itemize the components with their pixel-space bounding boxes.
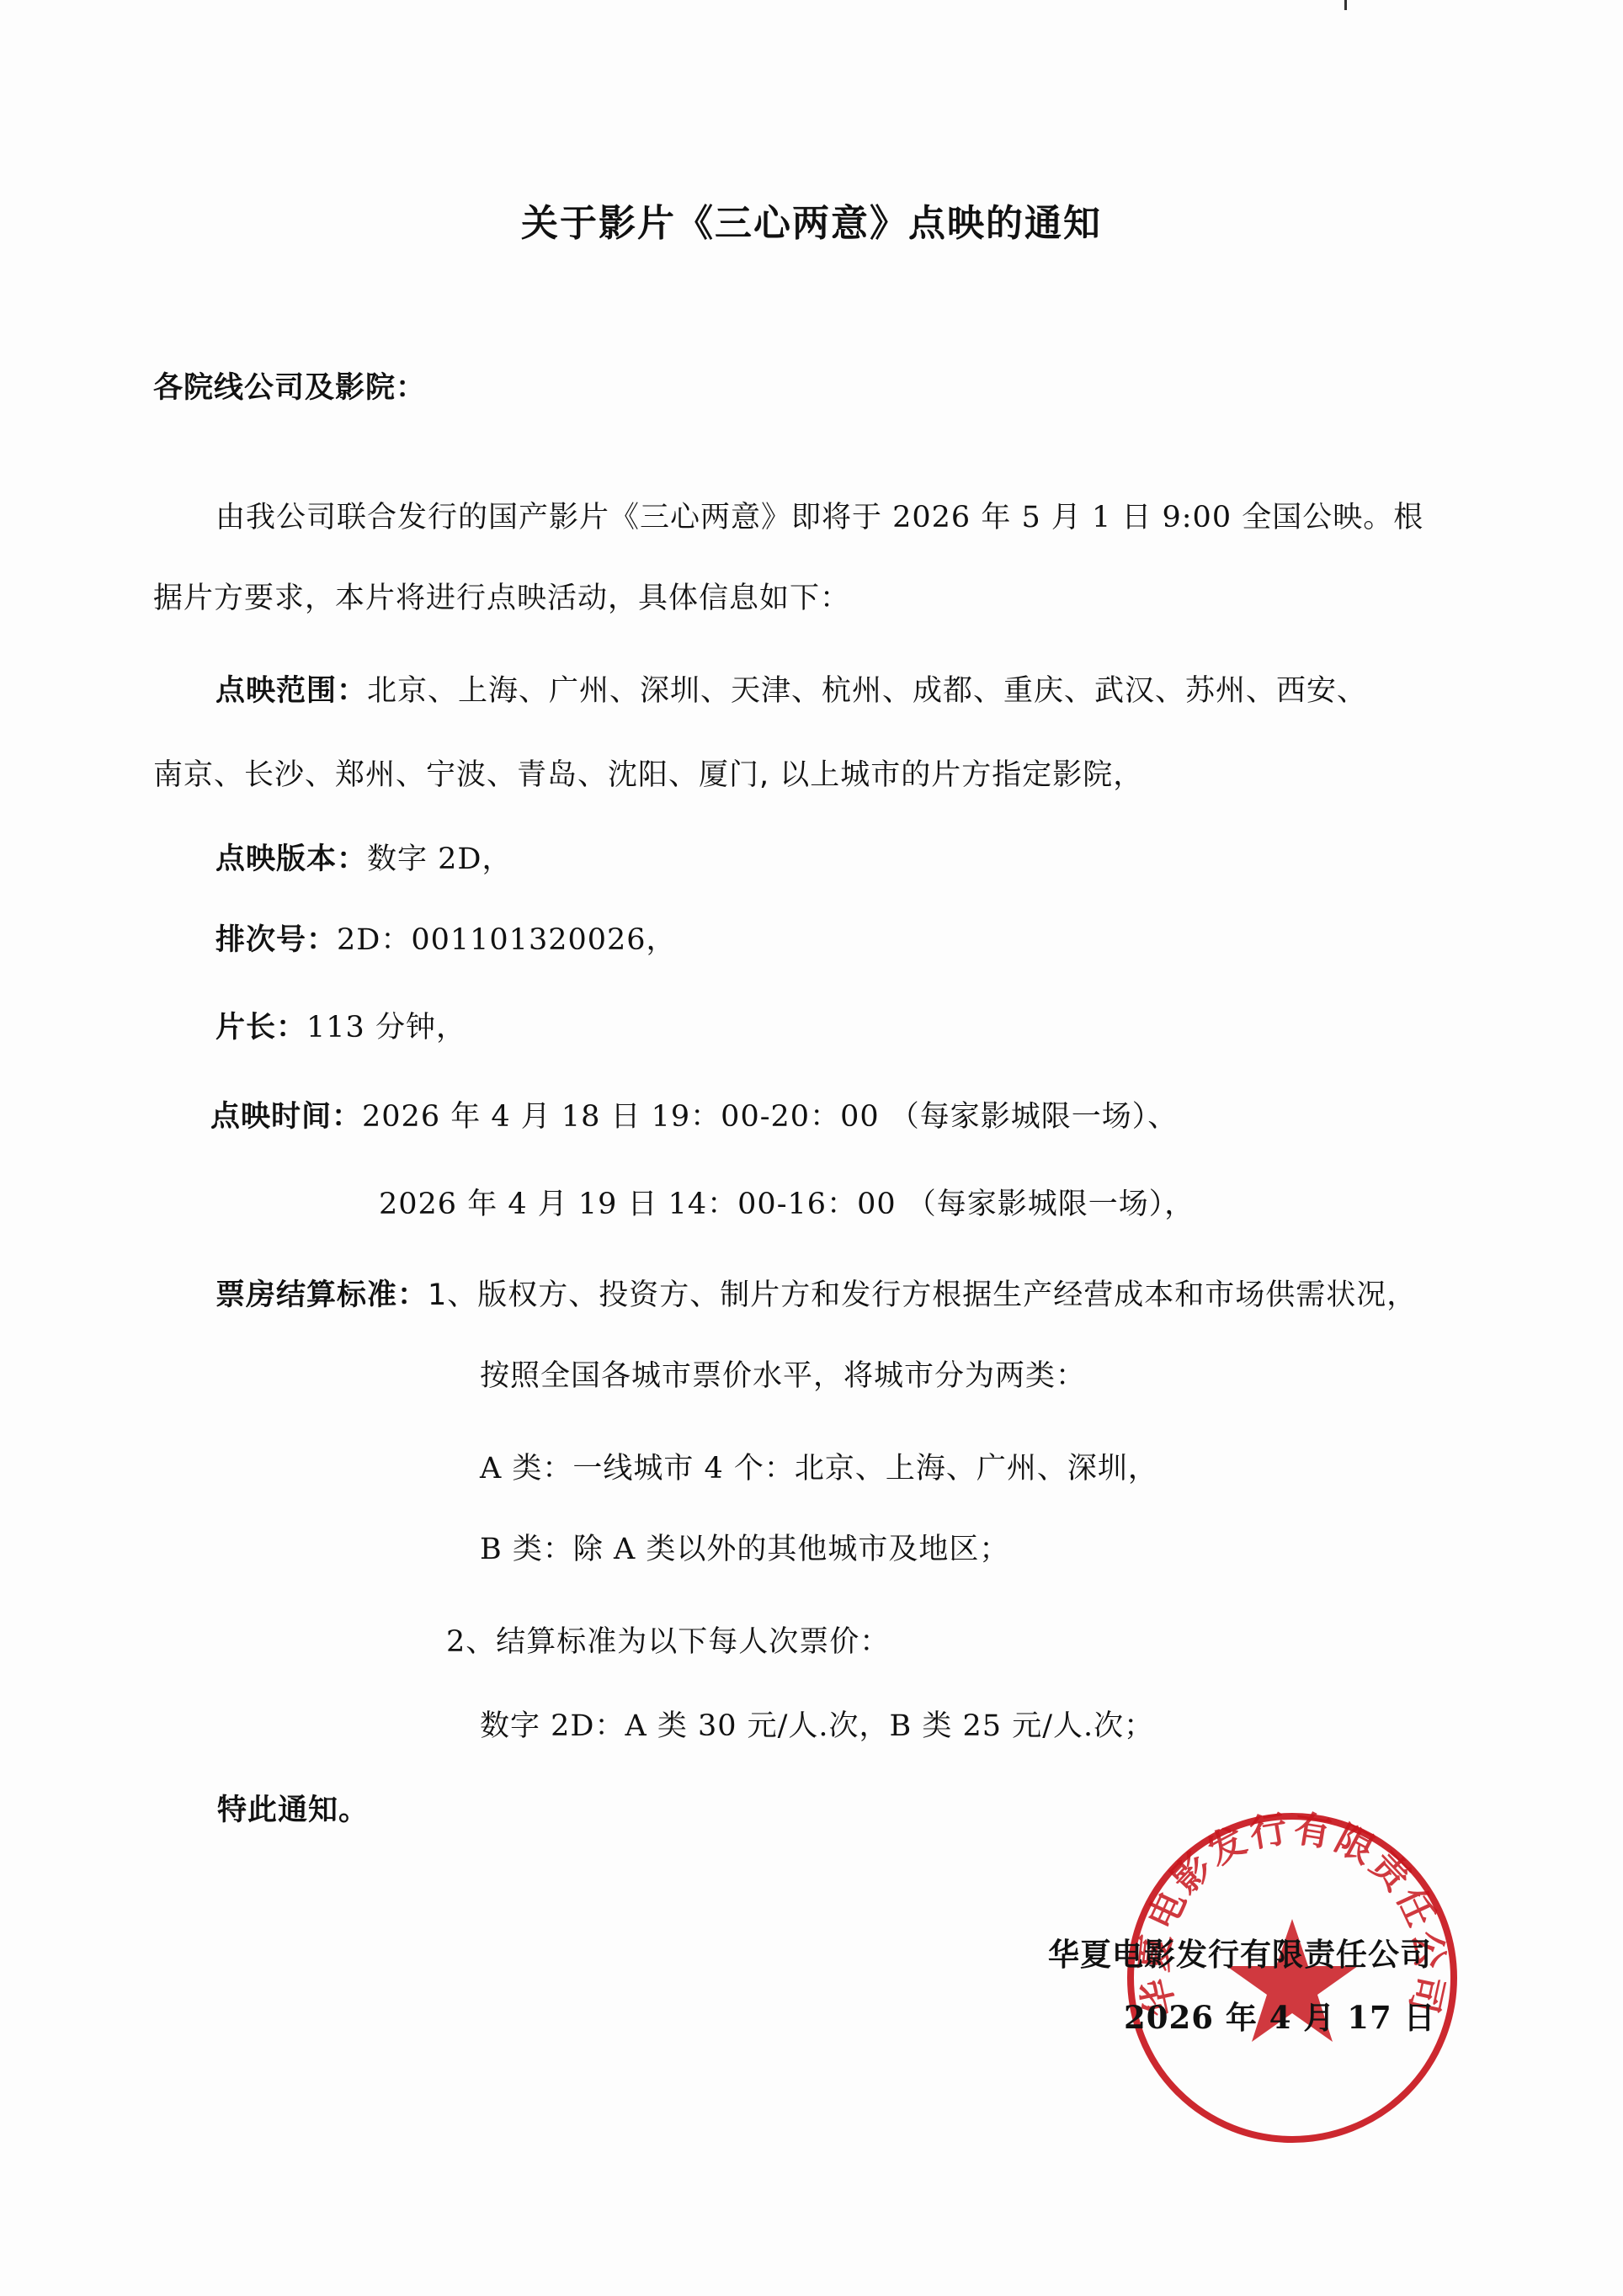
settlement-prices: 数字 2D：A 类 30 元/人.次，B 类 25 元/人.次； [480,1705,1154,1747]
closing: 特此通知。 [217,1789,369,1831]
settlement-label: 票房结算标准： [216,1278,428,1312]
version-line: 点映版本：数字 2D， [216,838,512,880]
screening-slot-1: 2026 年 4 月 18 日 19：00-20：00 （每家影城限一场）、 [362,1100,1178,1134]
document-title: 关于影片《三心两意》点映的通知 [0,200,1623,247]
settlement-item1-line2: 按照全国各城市票价水平，将城市分为两类： [480,1355,1086,1397]
screening-time-label: 点映时间： [210,1100,362,1134]
signature-date: 2026 年 4 月 17 日 [1124,1997,1436,2038]
screening-time-line-1: 点映时间：2026 年 4 月 18 日 19：00-20：00 （每家影城限一… [210,1096,1178,1138]
length-line: 片长：113 分钟， [216,1007,466,1049]
schedule-no-label: 排次号： [216,923,337,957]
signature-company: 华夏电影发行有限责任公司 [1048,1934,1432,1974]
length-label: 片长： [216,1011,306,1044]
class-b: B 类：除 A 类以外的其他城市及地区； [480,1528,1009,1571]
settlement-line-1: 票房结算标准：1、版权方、投资方、制片方和发行方根据生产经营成本和市场供需状况， [216,1274,1417,1316]
notice-page: 关于影片《三心两意》点映的通知 各院线公司及影院： 由我公司联合发行的国产影片《… [0,0,1623,2296]
scope-line-1: 点映范围：北京、上海、广州、深圳、天津、杭州、成都、重庆、武汉、苏州、西安、 [216,670,1367,712]
length-value: 113 分钟， [306,1011,466,1044]
scope-label: 点映范围： [216,674,367,708]
settlement-item1-line1: 1、版权方、投资方、制片方和发行方根据生产经营成本和市场供需状况， [428,1278,1417,1312]
class-a: A 类：一线城市 4 个：北京、上海、广州、深圳， [480,1448,1158,1490]
version-label: 点映版本： [216,842,367,876]
scan-mark [1344,0,1347,10]
schedule-no-value: 2D：001101320026， [337,923,677,957]
company-seal: 华夏电影发行有限责任公司 [1124,1810,1461,2146]
scope-cities-1: 北京、上海、广州、深圳、天津、杭州、成都、重庆、武汉、苏州、西安、 [367,674,1367,708]
intro-line-2: 据片方要求，本片将进行点映活动，具体信息如下： [153,577,850,619]
intro-line-1: 由我公司联合发行的国产影片《三心两意》即将于 2026 年 5 月 1 日 9:… [216,497,1423,539]
settlement-item2: 2、结算标准为以下每人次票价： [446,1621,890,1663]
scope-line-2: 南京、长沙、郑州、宁波、青岛、沈阳、厦门, 以上城市的片方指定影院， [153,754,1143,796]
screening-slot-2: 2026 年 4 月 19 日 14：00-16：00 （每家影城限一场）， [379,1183,1195,1225]
version-value: 数字 2D， [367,842,512,876]
schedule-no-line: 排次号：2D：001101320026， [216,919,677,961]
salutation: 各院线公司及影院： [153,367,426,409]
